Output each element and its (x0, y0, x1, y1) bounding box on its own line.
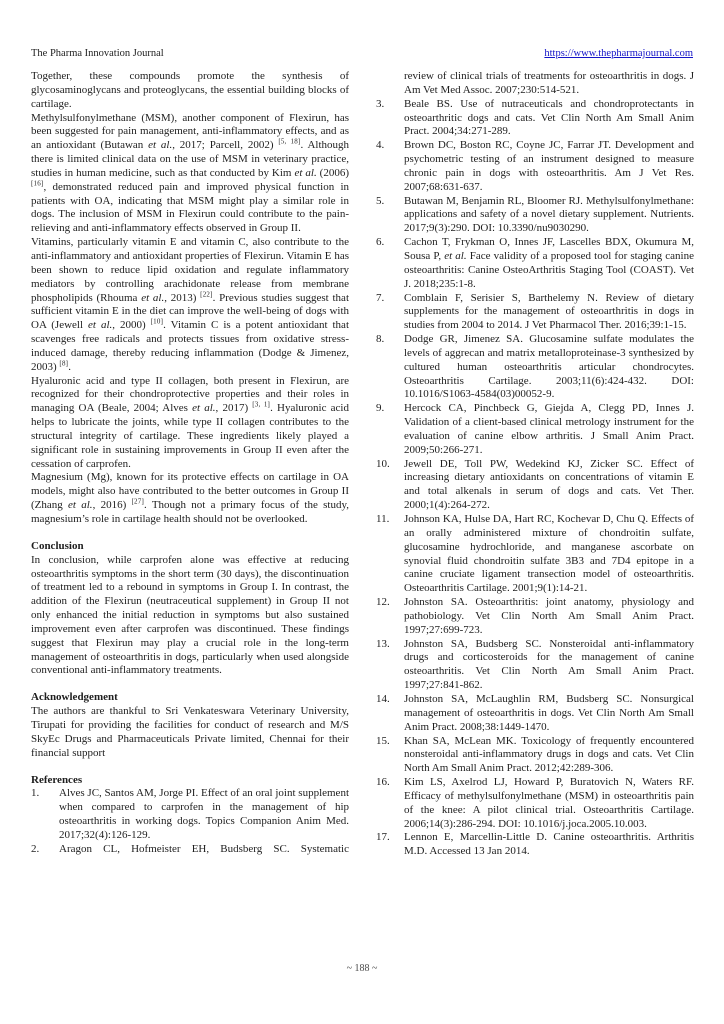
reference-number: 8. (376, 333, 404, 402)
reference-number: 4. (376, 139, 404, 194)
page-header: The Pharma Innovation Journal https://ww… (31, 48, 693, 59)
reference-text: Kim LS, Axelrod LJ, Howard P, Buratovich… (404, 776, 694, 831)
journal-page: The Pharma Innovation Journal https://ww… (0, 0, 724, 1024)
body-paragraph: Hyaluronic acid and type II collagen, bo… (31, 375, 349, 472)
reference-item: 4. Brown DC, Boston RC, Coyne JC, Farrar… (376, 139, 694, 194)
reference-number: 3. (376, 98, 404, 140)
section-heading-references: References (31, 774, 349, 788)
section-heading-conclusion: Conclusion (31, 540, 349, 554)
reference-item: 15. Khan SA, McLean MK. Toxicology of fr… (376, 735, 694, 777)
reference-number: 13. (376, 638, 404, 693)
reference-item: 3. Beale BS. Use of nutraceuticals and c… (376, 98, 694, 140)
reference-number: 2. (31, 843, 59, 857)
reference-number: 1. (31, 787, 59, 842)
reference-text: Brown DC, Boston RC, Coyne JC, Farrar JT… (404, 139, 694, 194)
reference-text: Aragon CL, Hofmeister EH, Budsberg SC. S… (59, 843, 349, 857)
reference-item: 14. Johnston SA, McLaughlin RM, Budsberg… (376, 693, 694, 735)
reference-text: Cachon T, Frykman O, Innes JF, Lascelles… (404, 236, 694, 291)
reference-item: 10. Jewell DE, Toll PW, Wedekind KJ, Zic… (376, 458, 694, 513)
article-body: Together, these compounds promote the sy… (31, 70, 694, 859)
reference-item: 11. Johnson KA, Hulse DA, Hart RC, Koche… (376, 513, 694, 596)
right-column: review of clinical trials of treatments … (376, 70, 694, 859)
reference-text: Johnston SA, Budsberg SC. Nonsteroidal a… (404, 638, 694, 693)
reference-text: Khan SA, McLean MK. Toxicology of freque… (404, 735, 694, 777)
journal-name: The Pharma Innovation Journal (31, 48, 164, 59)
reference-number: 14. (376, 693, 404, 735)
reference-text: Comblain F, Serisier S, Barthelemy N. Re… (404, 292, 694, 334)
left-column: Together, these compounds promote the sy… (31, 70, 349, 859)
reference-number: 5. (376, 195, 404, 237)
reference-item: 6. Cachon T, Frykman O, Innes JF, Lascel… (376, 236, 694, 291)
reference-text: Johnson KA, Hulse DA, Hart RC, Kochevar … (404, 513, 694, 596)
journal-url-link[interactable]: https://www.thepharmajournal.com (544, 48, 693, 59)
reference-item: 9. Hercock CA, Pinchbeck G, Giejda A, Cl… (376, 402, 694, 457)
reference-number-spacer (376, 70, 404, 98)
reference-text: review of clinical trials of treatments … (404, 70, 694, 98)
acknowledgement-paragraph: The authors are thankful to Sri Venkates… (31, 705, 349, 760)
reference-number: 17. (376, 831, 404, 859)
reference-text: Dodge GR, Jimenez SA. Glucosamine sulfat… (404, 333, 694, 402)
reference-item: 12. Johnston SA. Osteoarthritis: joint a… (376, 596, 694, 638)
reference-text: Butawan M, Benjamin RL, Bloomer RJ. Meth… (404, 195, 694, 237)
section-heading-acknowledgement: Acknowledgement (31, 691, 349, 705)
reference-number: 7. (376, 292, 404, 334)
reference-number: 15. (376, 735, 404, 777)
reference-number: 11. (376, 513, 404, 596)
reference-text: Alves JC, Santos AM, Jorge PI. Effect of… (59, 787, 349, 842)
reference-number: 6. (376, 236, 404, 291)
body-paragraph: Together, these compounds promote the sy… (31, 70, 349, 112)
conclusion-paragraph: In conclusion, while carprofen alone was… (31, 554, 349, 679)
reference-continuation: review of clinical trials of treatments … (376, 70, 694, 98)
reference-number: 10. (376, 458, 404, 513)
reference-item: 2. Aragon CL, Hofmeister EH, Budsberg SC… (31, 843, 349, 857)
reference-text: Johnston SA, McLaughlin RM, Budsberg SC.… (404, 693, 694, 735)
body-paragraph: Vitamins, particularly vitamin E and vit… (31, 236, 349, 374)
page-number: ~ 188 ~ (0, 963, 724, 974)
reference-item: 17. Lennon E, Marcellin-Little D. Canine… (376, 831, 694, 859)
reference-text: Lennon E, Marcellin-Little D. Canine ost… (404, 831, 694, 859)
body-paragraph: Methylsulfonylmethane (MSM), another com… (31, 112, 349, 237)
body-paragraph: Magnesium (Mg), known for its protective… (31, 471, 349, 526)
reference-number: 12. (376, 596, 404, 638)
reference-item: 1. Alves JC, Santos AM, Jorge PI. Effect… (31, 787, 349, 842)
reference-item: 8. Dodge GR, Jimenez SA. Glucosamine sul… (376, 333, 694, 402)
reference-text: Beale BS. Use of nutraceuticals and chon… (404, 98, 694, 140)
reference-number: 16. (376, 776, 404, 831)
reference-number: 9. (376, 402, 404, 457)
reference-item: 5. Butawan M, Benjamin RL, Bloomer RJ. M… (376, 195, 694, 237)
reference-item: 13. Johnston SA, Budsberg SC. Nonsteroid… (376, 638, 694, 693)
reference-text: Johnston SA. Osteoarthritis: joint anato… (404, 596, 694, 638)
reference-item: 16. Kim LS, Axelrod LJ, Howard P, Burato… (376, 776, 694, 831)
reference-item: 7. Comblain F, Serisier S, Barthelemy N.… (376, 292, 694, 334)
reference-text: Hercock CA, Pinchbeck G, Giejda A, Clegg… (404, 402, 694, 457)
reference-text: Jewell DE, Toll PW, Wedekind KJ, Zicker … (404, 458, 694, 513)
